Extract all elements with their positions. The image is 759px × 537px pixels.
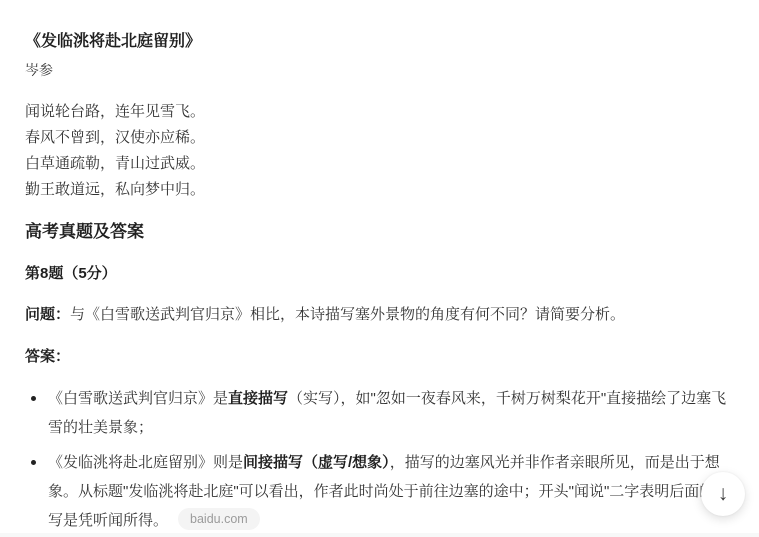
answer-list: 《白雪歌送武判官归京》是直接描写（实写），如"忽如一夜春风来，千树万树梨花开"直… bbox=[25, 384, 735, 535]
section-heading: 高考真题及答案 bbox=[25, 221, 735, 242]
document-body: 《发临洮将赴北庭留别》 岑参 闻说轮台路，连年见雪飞。 春风不曾到，汉使亦应稀。… bbox=[25, 0, 735, 535]
answer-text-bold: 间接描写（虚写/想象） bbox=[243, 454, 390, 471]
question-label: 问题： bbox=[25, 306, 70, 323]
bullet-dot-icon bbox=[31, 396, 36, 401]
down-arrow-icon: ↓ bbox=[718, 482, 729, 506]
question-text: 与《白雪歌送武判官归京》相比，本诗描写塞外景物的角度有何不同？请简要分析。 bbox=[70, 306, 625, 323]
answer-label: 答案： bbox=[25, 347, 735, 367]
question-paragraph: 问题：与《白雪歌送武判官归京》相比，本诗描写塞外景物的角度有何不同？请简要分析。 bbox=[25, 305, 735, 325]
poem-author: 岑参 bbox=[25, 62, 735, 78]
answer-text-bold: 直接描写 bbox=[228, 390, 288, 407]
answer-text-pre: 《白雪歌送武判官归京》是 bbox=[48, 390, 228, 407]
poem-title: 《发临洮将赴北庭留别》 bbox=[25, 33, 735, 51]
poem-line: 白草通疏勒，青山过武威。 bbox=[25, 151, 735, 177]
answer-item: 《发临洮将赴北庭留别》则是间接描写（虚写/想象），描写的边塞风光并非作者亲眼所见… bbox=[25, 448, 735, 535]
scroll-down-button[interactable]: ↓ bbox=[701, 472, 745, 516]
next-card-divider bbox=[0, 533, 759, 537]
source-badge[interactable]: baidu.com bbox=[178, 508, 260, 530]
poem-line: 春风不曾到，汉使亦应稀。 bbox=[25, 125, 735, 151]
answer-item: 《白雪歌送武判官归京》是直接描写（实写），如"忽如一夜春风来，千树万树梨花开"直… bbox=[25, 384, 735, 442]
poem-line: 闻说轮台路，连年见雪飞。 bbox=[25, 99, 735, 125]
poem-text: 闻说轮台路，连年见雪飞。 春风不曾到，汉使亦应稀。 白草通疏勒，青山过武威。 勤… bbox=[25, 99, 735, 203]
bullet-dot-icon bbox=[31, 460, 36, 465]
poem-line: 勤王敢道远，私向梦中归。 bbox=[25, 177, 735, 203]
question-number-heading: 第8题（5分） bbox=[25, 265, 735, 283]
answer-text-pre: 《发临洮将赴北庭留别》则是 bbox=[48, 454, 243, 471]
